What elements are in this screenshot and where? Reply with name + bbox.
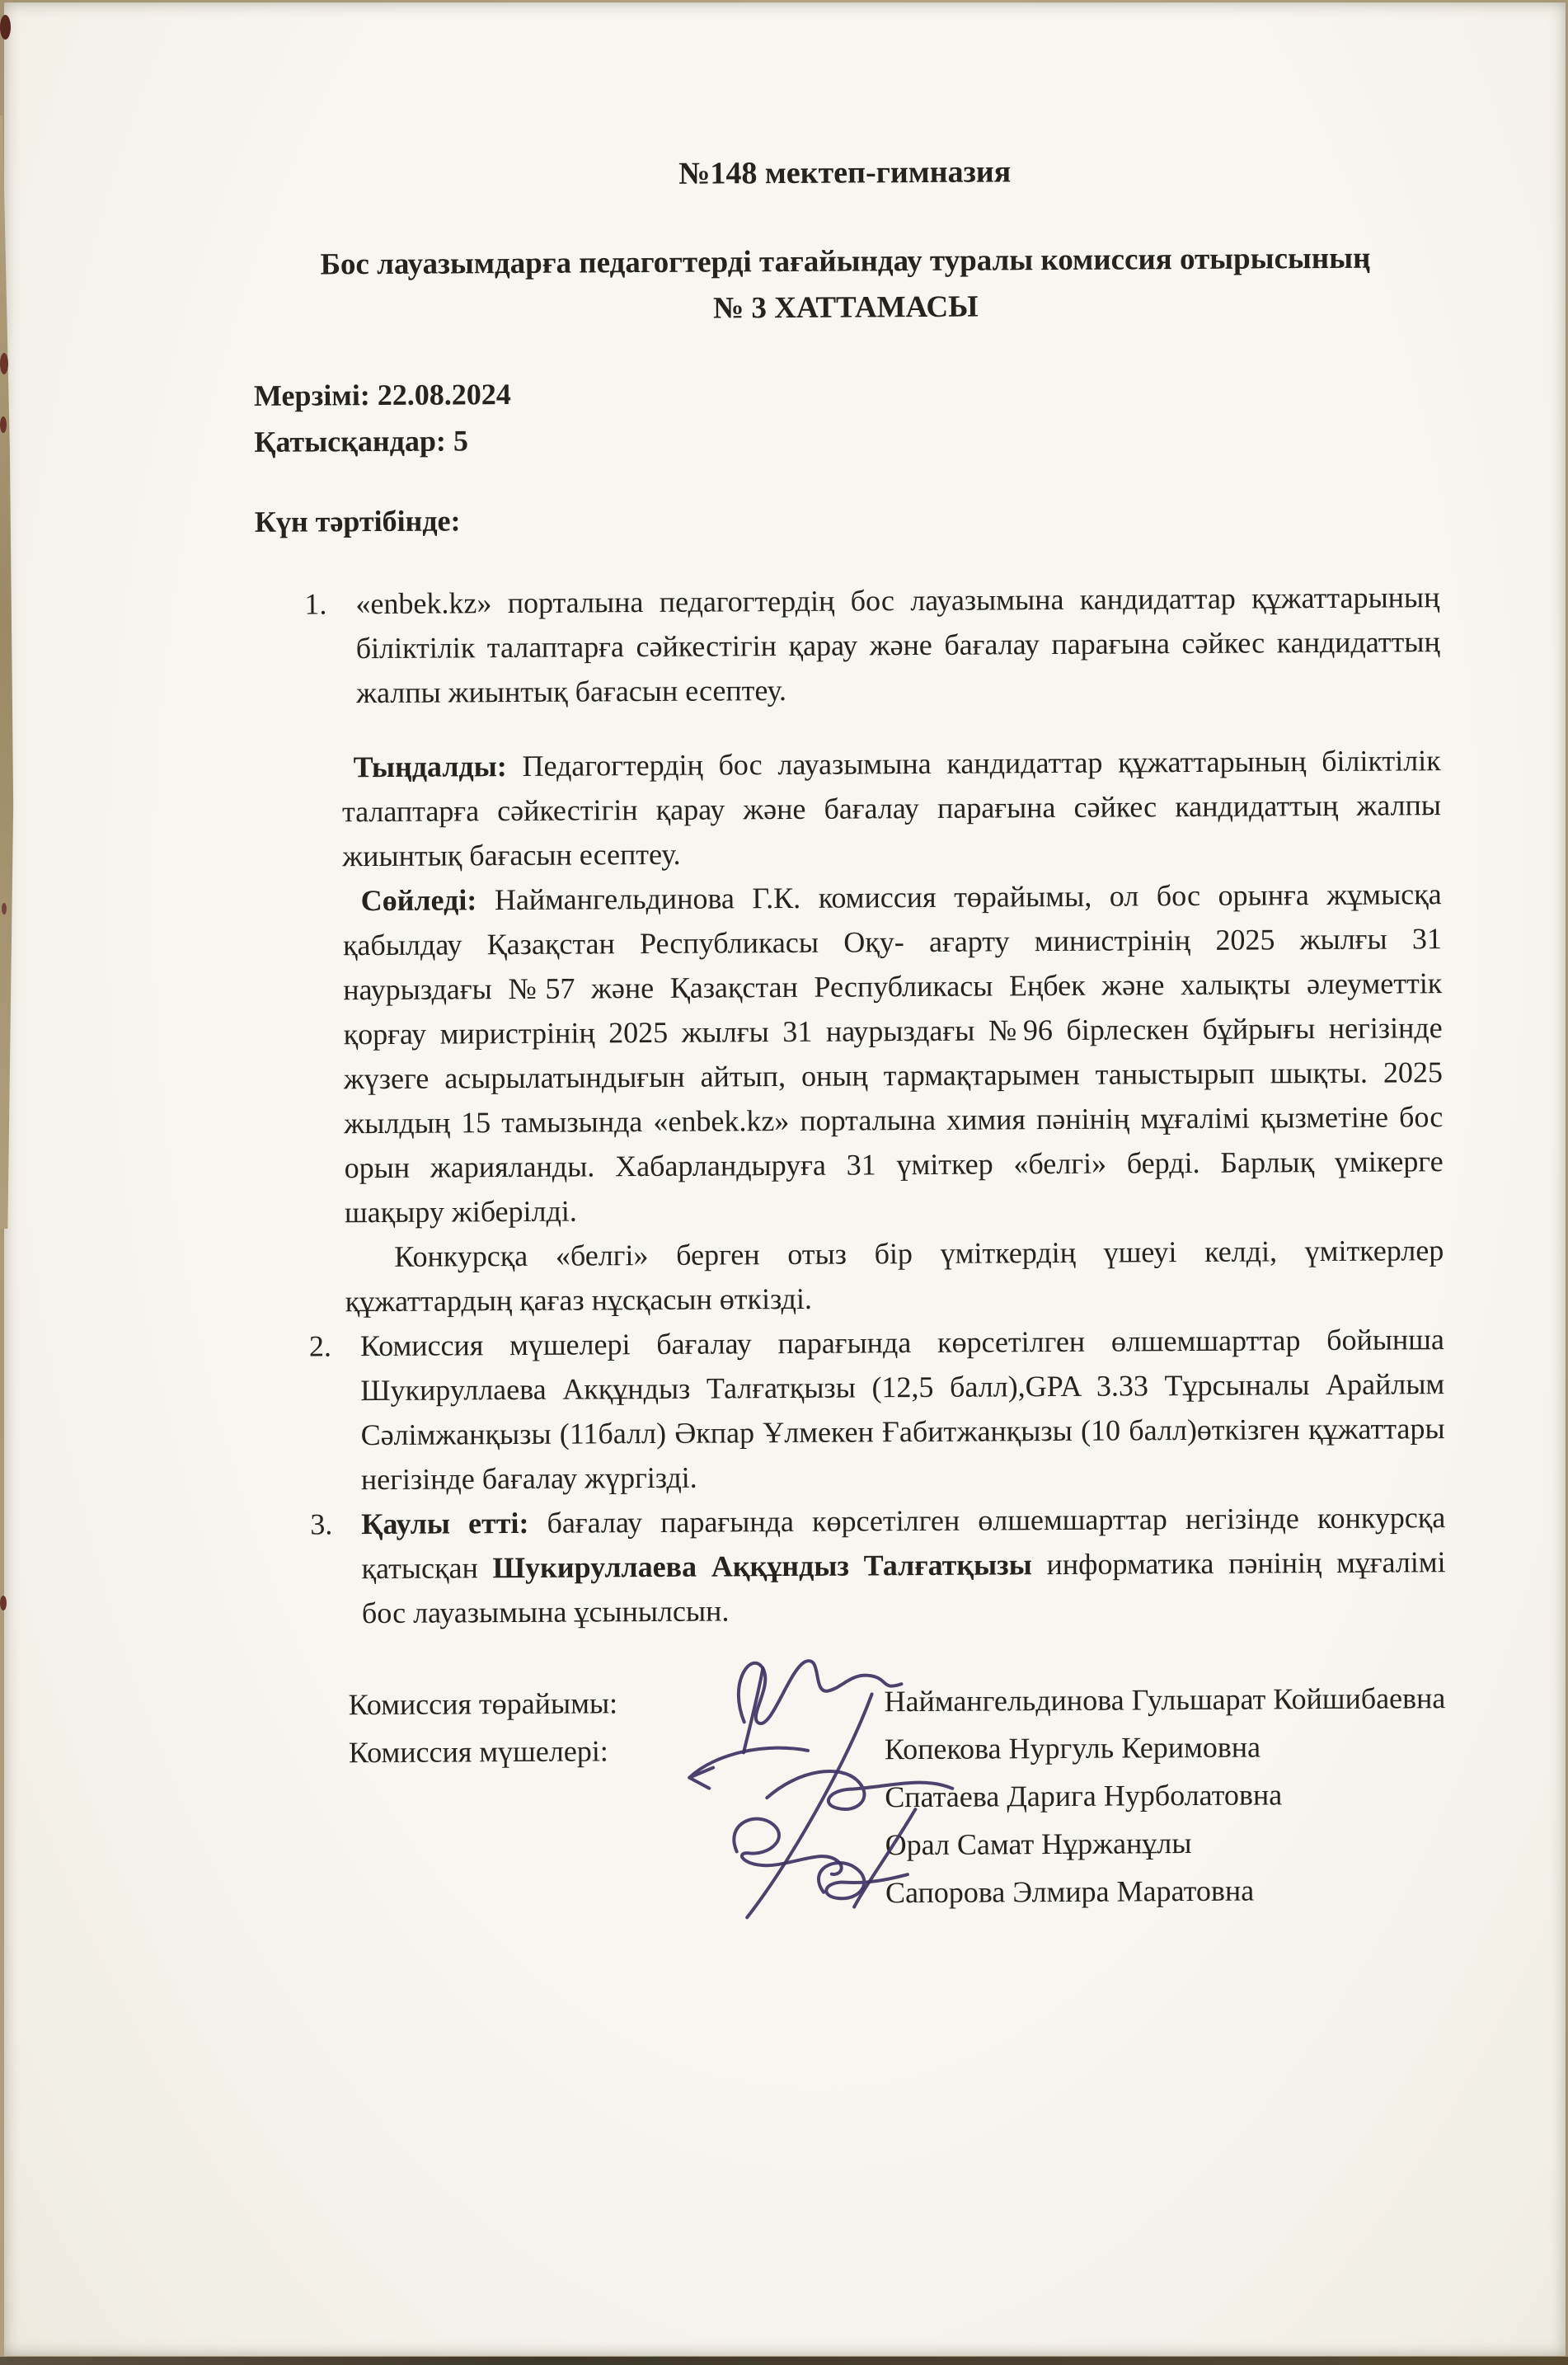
member-name: Копекова Нургуль Керимовна (885, 1722, 1446, 1773)
spoke-paragraph: Сөйледі: Наймангельдинова Г.К. комиссия … (342, 872, 1444, 1234)
agenda-item-3-text: Қаулы етті: бағалау парағында көрсетілге… (361, 1495, 1446, 1635)
edge-mark (0, 1596, 7, 1610)
meta-block: Мерзімі: 22.08.2024 Қатысқандар: 5 (254, 365, 1439, 465)
agenda-item-1: 1. «enbek.kz» порталына педагогтердің бо… (304, 575, 1440, 715)
heard-text: Педагогтердің бос лауазымына кандидаттар… (342, 744, 1441, 872)
agenda-item-1-number: 1. (304, 581, 356, 715)
spoke-text: Наймангельдинова Г.К. комиссия төрайымы,… (343, 877, 1444, 1229)
heard-label: Тыңдалды: (354, 750, 507, 783)
scanned-photo: №148 мектеп-гимназия Бос лауазымдарға пе… (0, 0, 1568, 2365)
signature-names: Наймангельдинова Гульшарат Койшибаевна К… (884, 1674, 1446, 1916)
member-name: Сапорова Элмира Маратовна (885, 1865, 1447, 1916)
members-label: Комиссия мүшелері: (349, 1727, 662, 1776)
decided-candidate-name: Шукируллаева Аққұндыз Талғатқызы (492, 1548, 1031, 1584)
document-content: №148 мектеп-гимназия Бос лауазымдарға пе… (0, 0, 1568, 2365)
spoke-label: Сөйледі: (361, 883, 477, 917)
member-name: Орал Самат Нұржанұлы (885, 1817, 1446, 1869)
participants-line: Қатысқандар: 5 (254, 411, 1439, 465)
contest-paragraph: Конкурсқа «белгі» берген отыз бір үмітке… (345, 1228, 1444, 1324)
protocol-title-line1: Бос лауазымдарға педагогтерді тағайындау… (253, 235, 1438, 289)
agenda-item-3-number: 3. (310, 1502, 362, 1635)
chair-name: Наймангельдинова Гульшарат Койшибаевна (884, 1674, 1445, 1725)
protocol-title-line2: № 3 ХАТТАМАСЫ (253, 281, 1438, 335)
school-title: №148 мектеп-гимназия (252, 146, 1437, 200)
date-line: Мерзімі: 22.08.2024 (254, 365, 1439, 419)
chair-label: Комиссия төрайымы: (348, 1679, 661, 1728)
agenda-item-3: 3. Қаулы етті: бағалау парағында көрсеті… (310, 1495, 1446, 1635)
member-name: Спатаева Дарига Нурболатовна (885, 1770, 1446, 1821)
signature-block: Комиссия төрайымы: Комиссия мүшелері: На… (348, 1674, 1448, 1920)
agenda-item-2: 2. Комиссия мүшелері бағалау парағында к… (309, 1317, 1445, 1502)
agenda-heading: Күн тәртібінде: (255, 492, 1439, 544)
signature-labels: Комиссия төрайымы: Комиссия мүшелері: (348, 1679, 663, 1920)
protocol-title: Бос лауазымдарға педагогтерді тағайындау… (253, 235, 1439, 335)
agenda-item-2-text: Комиссия мүшелері бағалау парағында көрс… (360, 1317, 1445, 1502)
agenda-item-1-text: «enbek.kz» порталына педагогтердің бос л… (355, 575, 1440, 715)
agenda-item-2-number: 2. (309, 1324, 361, 1502)
heard-paragraph: Тыңдалды: Педагогтердің бос лауазымына к… (342, 738, 1442, 878)
decided-label: Қаулы етті: (361, 1507, 528, 1540)
